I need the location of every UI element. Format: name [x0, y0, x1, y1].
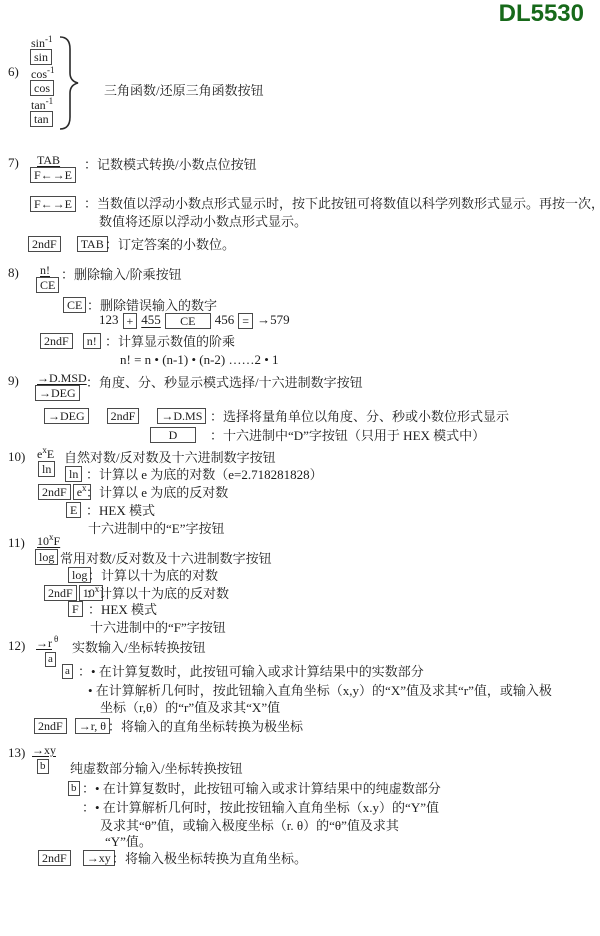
key-fe-2: F←→E: [30, 195, 76, 212]
key-2ndf-13: 2ndF: [38, 850, 71, 866]
key-cos: cos: [30, 79, 54, 96]
item-11-line4-text: ：计算以十为底的反对数: [86, 586, 229, 602]
key-2ndf-9: 2ndF: [107, 408, 140, 424]
key-2ndf-8: 2ndFn!: [40, 332, 101, 349]
item-12-number: 12): [8, 638, 25, 654]
item-13-number: 13): [8, 745, 25, 761]
key-hex-e: E: [66, 501, 81, 518]
item-10-desc: 自然对数/反对数及十六进制数字按钮: [64, 450, 276, 466]
item-7-desc: ：记数模式转换/小数点位按钮: [84, 157, 257, 173]
key-plus: +: [123, 313, 138, 329]
key-hex-f: F: [68, 600, 83, 617]
item-7-line2-text1: ：当数值以浮动小数点形式显示时，按下此按钮可将数值以科学列数形式显示。再按一次，: [84, 196, 600, 212]
item-7-line3-text: ：订定答案的小数位。: [105, 237, 235, 253]
item-10-line3-text: ：计算以 e 为底的反对数: [86, 485, 228, 501]
key-b: b: [37, 757, 49, 774]
key-to-r-theta: →r, θ: [75, 718, 110, 734]
item-11-line6-text: 十六进制中的“F”字按钮: [90, 620, 226, 636]
item-7-line2-text2: 数值将还原以浮动小数点形式显示。: [99, 214, 307, 230]
item-8-example: 123+455CE456=→579: [99, 312, 290, 329]
item-10-number: 10): [8, 449, 25, 465]
key-deg: →DEG: [35, 384, 80, 401]
item-8-formula: n! = n • (n-1) • (n-2) ……2 • 1: [120, 352, 279, 368]
item-9-line2-keys: →DEG2ndF→D.MS: [44, 407, 206, 424]
item-12-line5-keys: 2ndF→r, θ: [34, 717, 110, 734]
example-operand-3: 456: [215, 312, 235, 327]
key-deg-2: →DEG: [44, 408, 89, 424]
item-12-line3-text: • 在计算解析几何时，按此钮输入直角坐标（x,y）的“X”值及求其“r”值，或输…: [88, 683, 552, 699]
label-tenx-f: 10xF: [37, 533, 60, 549]
key-to-xy: →xy: [83, 850, 115, 866]
key-2ndf-10: 2ndF: [38, 484, 71, 500]
item-11-line5-text: ：HEX 模式: [88, 602, 157, 618]
item-9-line3-text: ：十六进制中“D”字按钮（只用于 HEX 模式中）: [210, 428, 485, 444]
item-13-line7-text: ：将输入极坐标转换为直角坐标。: [112, 851, 307, 867]
key-log: log: [35, 548, 58, 565]
item-12-desc: 实数输入/坐标转换按钮: [72, 640, 206, 656]
item-13-line7-keys: 2ndF→xy: [38, 849, 115, 866]
key-ce-2: CE: [63, 296, 86, 313]
item-11-number: 11): [8, 535, 25, 551]
item-12-line2-text: ：• 在计算复数时，此按钮可输入或求计算结果中的实数部分: [78, 664, 424, 680]
manual-page: DL5530 6) sin-1 sin cos-1 cos tan-1 tan …: [0, 0, 600, 936]
item-12-line5-text: ：将输入的直角坐标转换为极坐标: [108, 719, 303, 735]
key-ce-example: CE: [165, 313, 211, 329]
item-6-number: 6): [8, 64, 19, 80]
item-8-number: 8): [8, 265, 19, 281]
example-result: →579: [257, 312, 290, 327]
item-10-line5-text: 十六进制中的“E”字按钮: [88, 521, 224, 537]
item-13-line6-text: “Y”值。: [105, 834, 152, 850]
item-13-desc: 纯虚数部分输入/坐标转换按钮: [70, 761, 243, 777]
item-12-line4-text: 坐标（r,θ）的“r”值及求其“X”值: [100, 700, 280, 716]
key-2ndf-11: 2ndF: [44, 585, 77, 601]
key-ln-2: ln: [65, 465, 82, 482]
item-13-line4-text: ：• 在计算解析几何时，按此按钮输入直角坐标（x.y）的“Y”值: [82, 800, 439, 816]
label-r-theta: →rθ: [36, 635, 58, 651]
item-9-desc: ：角度、分、秒显示模式选择/十六进制数字按钮: [86, 375, 363, 391]
key-ln: ln: [38, 460, 55, 477]
key-tan: tan: [30, 110, 53, 127]
item-8-line4-text: ：计算显示数值的阶乘: [105, 334, 235, 350]
key-a: a: [45, 650, 56, 667]
item-13-line3-text: ：• 在计算复数时，此按钮可输入或求计算结果中的纯虚数部分: [82, 781, 441, 797]
key-fe: F←→E: [30, 166, 76, 183]
item-6-desc: 三角函数/还原三角函数按钮: [104, 83, 264, 99]
page-title: DL5530: [499, 0, 584, 28]
example-operand-1: 123: [99, 312, 119, 327]
item-13-line5-text: 及求其“θ”值，或输入极度坐标（r. θ）的“θ”值及求其: [100, 818, 399, 834]
item-9-line2-text: ：选择将量角单位以角度、分、秒或小数位形式显示: [210, 409, 509, 425]
item-9-number: 9): [8, 373, 19, 389]
key-sin: sin: [30, 48, 52, 65]
item-7-number: 7): [8, 155, 19, 171]
key-ce: CE: [36, 276, 59, 293]
example-operand-2: 455: [141, 312, 161, 327]
item-11-desc: 常用对数/反对数及十六进制数字按钮: [60, 551, 272, 567]
item-8-desc: ：删除输入/阶乘按钮: [61, 267, 182, 283]
key-equals: =: [238, 313, 253, 329]
item-11-line3-text: ：计算以十为底的对数: [88, 568, 218, 584]
key-2ndf-7: 2ndFTAB: [28, 235, 108, 252]
key-hex-d: D: [150, 426, 196, 443]
key-b-2: b: [68, 779, 80, 796]
key-2ndf-12: 2ndF: [34, 718, 67, 734]
key-dms: →D.MS: [157, 408, 206, 424]
brace-icon: [56, 34, 82, 136]
key-a-2: a: [62, 662, 73, 679]
label-to-xy: →xy: [32, 742, 56, 758]
item-10-line2-text: ：计算以 e 为底的对数（e=2.718281828）: [86, 467, 323, 483]
key-factorial: n!: [83, 333, 101, 349]
item-10-line4-text: ：HEX 模式: [86, 503, 155, 519]
item-10-line3-keys: 2ndFex: [38, 483, 91, 500]
